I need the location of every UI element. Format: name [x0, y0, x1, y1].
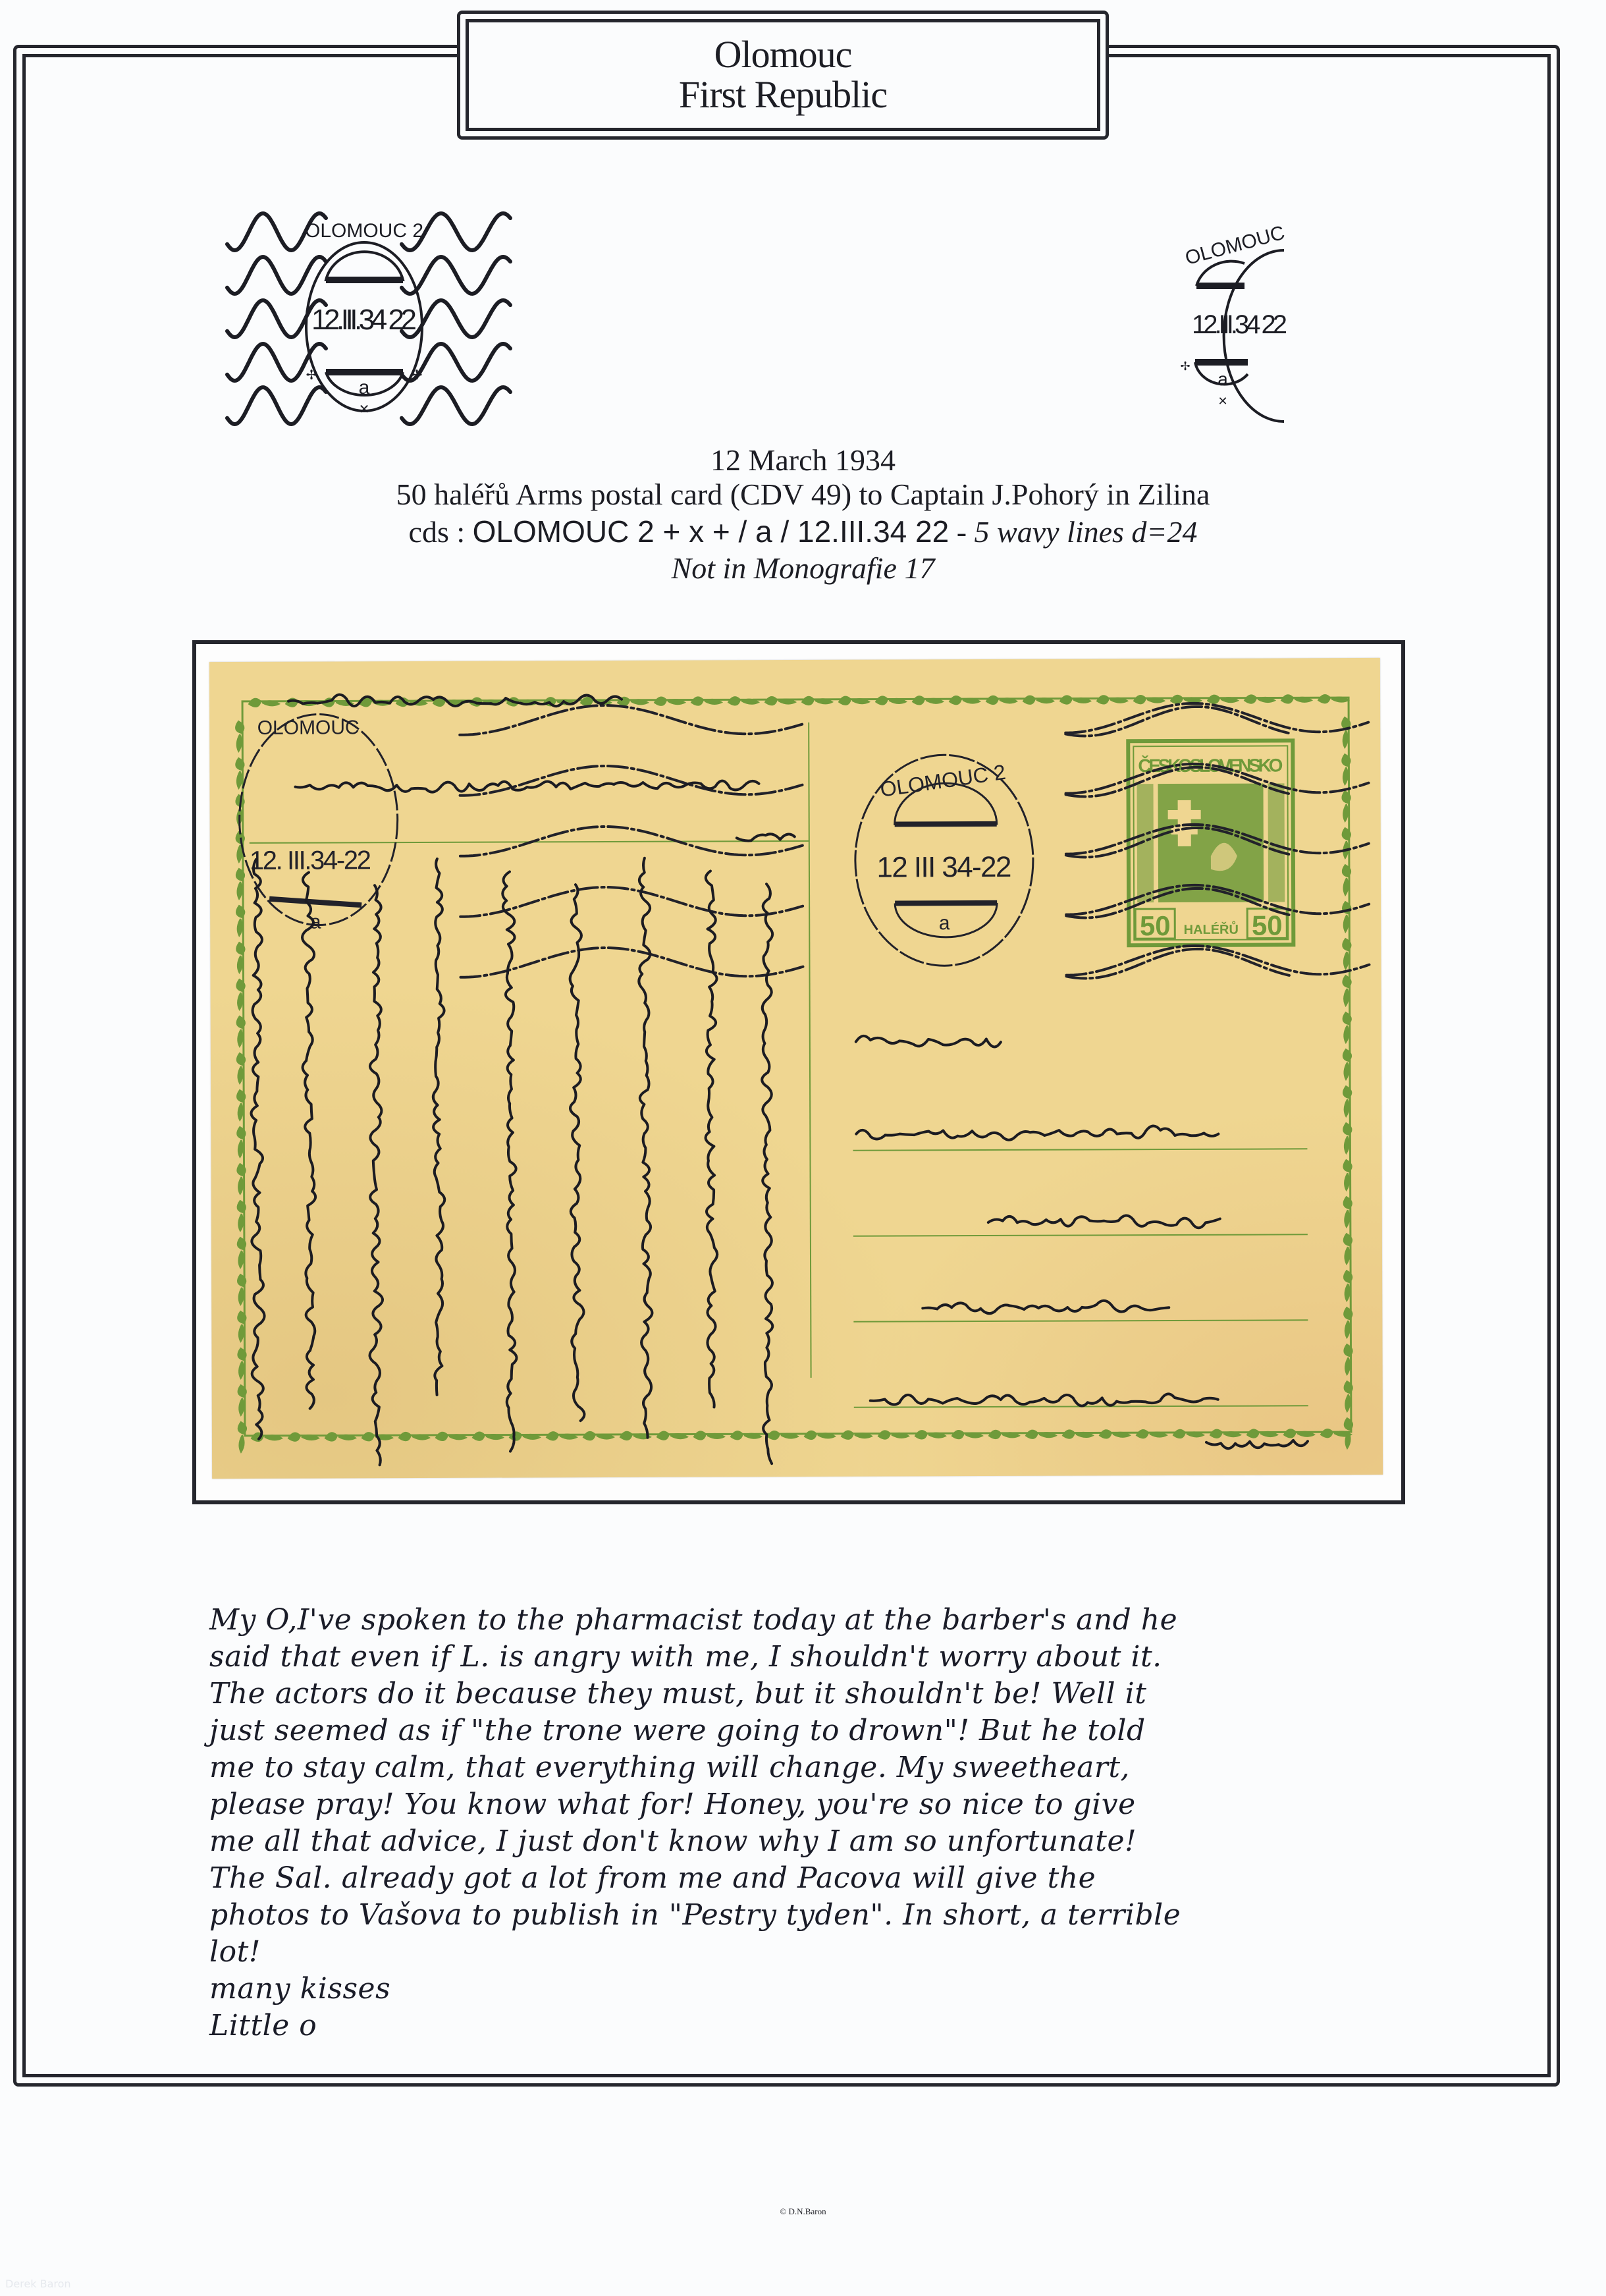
svg-text:12 III 34-22: 12 III 34-22	[876, 851, 1011, 884]
caption-date: 12 March 1934	[0, 443, 1606, 478]
translation-line: many kisses	[209, 1971, 1447, 2008]
svg-text:50: 50	[1252, 910, 1283, 941]
postal-card: ČESKOSLOVENSKO 50 50 HALÉŘŮ OLOMOUC 2	[209, 658, 1383, 1479]
cancellation-illustration: OLOMOUC 2 12.III.34 22 a ✕ ✢ ✢ OLOMOUC 1…	[217, 198, 1337, 435]
title-box: Olomouc First Republic	[457, 11, 1109, 140]
svg-text:a: a	[359, 377, 370, 398]
svg-text:a: a	[310, 912, 321, 933]
translation-line: photos to Vašova to publish in "Pestry t…	[209, 1897, 1447, 1934]
svg-text:✕: ✕	[359, 401, 370, 417]
copyright-footer: © D.N.Baron	[0, 2206, 1606, 2217]
translation-line: The Sal. already got a lot from me and P…	[209, 1860, 1447, 1897]
svg-text:✢: ✢	[306, 367, 317, 383]
svg-text:a: a	[939, 912, 950, 934]
page-title: Olomouc	[714, 35, 852, 74]
page-subtitle: First Republic	[679, 74, 887, 115]
svg-text:12.III.34 22: 12.III.34 22	[311, 304, 417, 336]
translation-line: please pray! You know what for! Honey, y…	[209, 1786, 1447, 1823]
caption-cds: cds : OLOMOUC 2 + x + / a / 12.III.34 22…	[0, 514, 1606, 549]
svg-text:HALÉŘŮ: HALÉŘŮ	[1184, 920, 1239, 937]
svg-text:ČESKOSLOVENSKO: ČESKOSLOVENSKO	[1138, 754, 1283, 776]
svg-text:a: a	[1218, 369, 1228, 389]
caption-note: Not in Monografie 17	[0, 551, 1606, 586]
svg-text:OLOMOUC: OLOMOUC	[257, 717, 360, 739]
postal-card-drawing: ČESKOSLOVENSKO 50 50 HALÉŘŮ OLOMOUC 2	[209, 658, 1383, 1479]
svg-text:✢: ✢	[1180, 360, 1190, 373]
cds-suffix: - 5 wavy lines d=24	[949, 515, 1197, 549]
translation-line: Little o	[209, 2008, 1447, 2044]
svg-text:OLOMOUC 2: OLOMOUC 2	[305, 220, 423, 242]
svg-text:✕: ✕	[1218, 395, 1227, 408]
cds-prefix: cds :	[409, 515, 473, 549]
translation-line: My O,I've spoken to the pharmacist today…	[209, 1602, 1447, 1639]
translation-line: lot!	[209, 1934, 1447, 1971]
svg-text:50: 50	[1140, 910, 1171, 941]
translation-line: just seemed as if "the trone were going …	[209, 1712, 1447, 1749]
svg-text:OLOMOUC 2: OLOMOUC 2	[878, 760, 1007, 802]
card-postmark-left: OLOMOUC 12. III.34-22 a	[239, 714, 398, 933]
caption-description: 50 haléřů Arms postal card (CDV 49) to C…	[0, 477, 1606, 512]
svg-text:12.III.34 22: 12.III.34 22	[1192, 310, 1287, 339]
svg-text:12. III.34-22: 12. III.34-22	[250, 846, 371, 875]
postmark-2: OLOMOUC 12.III.34 22 a ✕ ✢	[1180, 222, 1287, 422]
cds-value: OLOMOUC 2 + x + / a / 12.III.34 22	[473, 514, 950, 549]
translation-line: The actors do it because they must, but …	[209, 1676, 1447, 1712]
svg-text:✢: ✢	[412, 367, 423, 383]
wavy-lines-and-postmarks-drawing: OLOMOUC 2 12.III.34 22 a ✕ ✢ ✢ OLOMOUC 1…	[217, 198, 1337, 435]
translation-line: me to stay calm, that everything will ch…	[209, 1749, 1447, 1786]
translation-line: me all that advice, I just don't know wh…	[209, 1823, 1447, 1860]
watermark: Derek Baron	[5, 2278, 71, 2290]
title-box-inner: Olomouc First Republic	[466, 19, 1100, 131]
postal-card-mount: ČESKOSLOVENSKO 50 50 HALÉŘŮ OLOMOUC 2	[192, 640, 1405, 1504]
translation-line: said that even if L. is angry with me, I…	[209, 1639, 1447, 1676]
translation-text: My O,I've spoken to the pharmacist today…	[209, 1602, 1447, 2044]
card-postmark-main: OLOMOUC 2 12 III 34-22 a	[855, 755, 1033, 966]
